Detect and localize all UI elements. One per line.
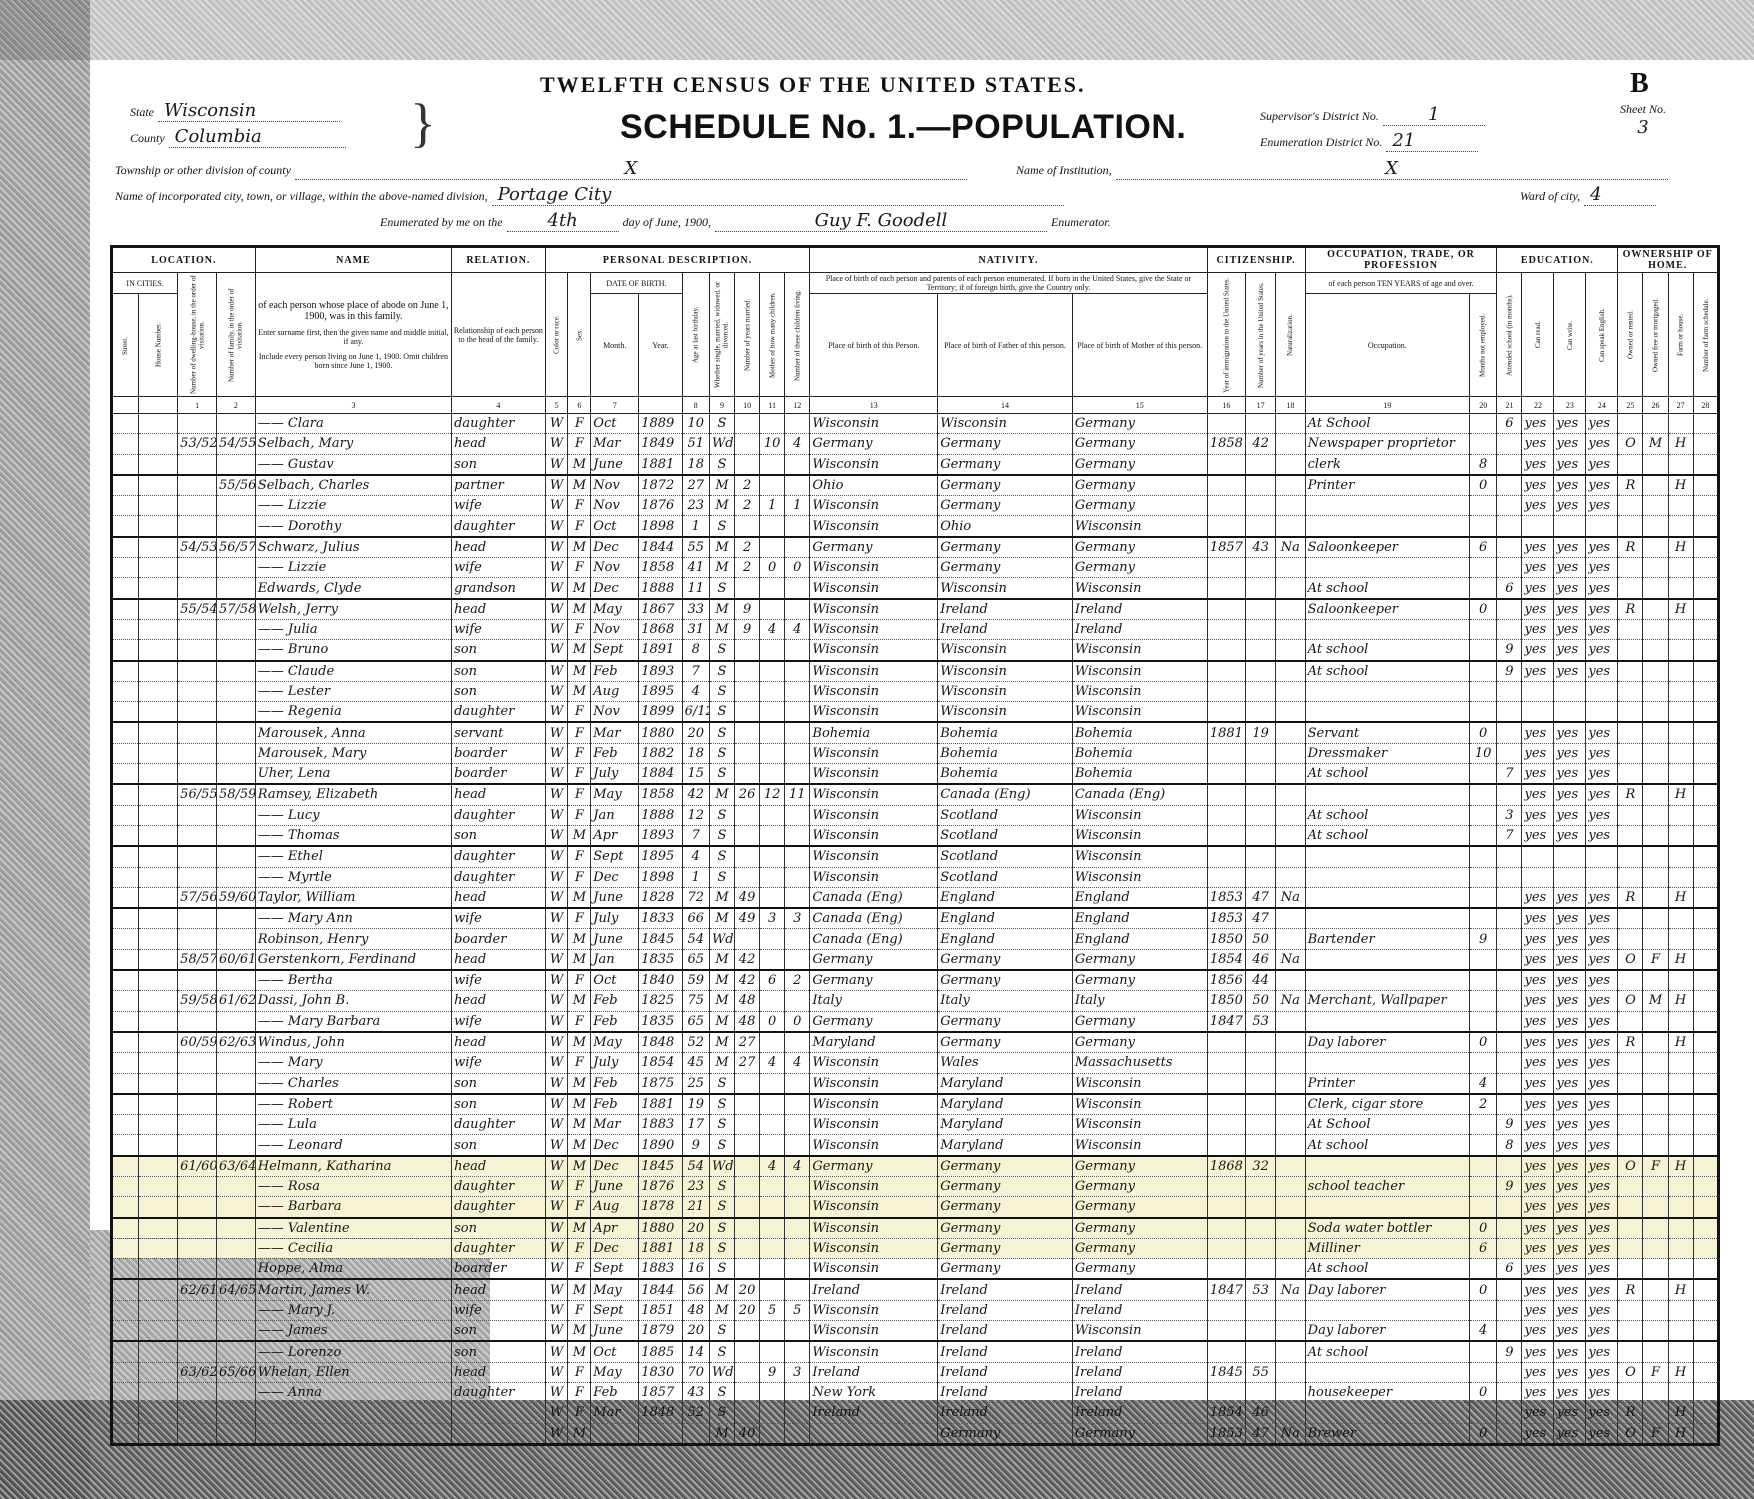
cell-year: 1898 [639,516,682,537]
cell-color: W [545,805,568,825]
cell-nat [1275,640,1305,661]
cell-marital: M [709,1032,734,1053]
cell-relation: daughter [452,1238,546,1258]
cell-house [139,1341,178,1362]
cell-sex: M [568,949,591,970]
cell-marital: M [709,1300,734,1320]
cell-father: Wisconsin [938,414,1073,434]
cell-living [785,825,810,846]
cell-school: 9 [1497,1115,1522,1135]
cell-age: 23 [682,496,709,516]
cell-yrs-married [735,846,760,867]
cell-month: Dec [591,578,639,599]
cell-name: —— Mary Barbara [255,1011,451,1032]
cell-mother: Wisconsin [1072,1094,1207,1115]
cell-children: 10 [760,434,785,454]
cell-name: —— Robert [255,1094,451,1115]
cell-immig: 1881 [1207,722,1246,743]
cell-dwelling [178,1135,217,1156]
cell-month: Feb [591,1073,639,1094]
census-row: 8160/5962/63Windus, JohnheadWMMay184852M… [112,1032,1719,1053]
cell-farm: H [1668,887,1693,908]
cell-write: yes [1554,1135,1586,1156]
census-row: 100WMM40GermanyGermany185347NaBrewer0yes… [112,1423,1719,1444]
cell-occupation [1305,516,1469,537]
cell-write [1554,702,1586,723]
cell-farm [1668,1094,1693,1115]
cell-year: 1844 [639,537,682,558]
cell-farmno [1693,846,1718,867]
cell-month: June [591,929,639,949]
cell-mother: Ireland [1072,619,1207,639]
cell-free: F [1643,1362,1668,1382]
census-row: 53—— GustavsonWMJune188118SWisconsinGerm… [112,454,1719,475]
cell-free [1643,970,1668,991]
cell-sex: F [568,619,591,639]
cell-immig [1207,578,1246,599]
cell-marital: S [709,1197,734,1218]
cell-relation: head [452,537,546,558]
cell-nat [1275,516,1305,537]
column-number: 4 [452,397,546,414]
cell-age: 21 [682,1197,709,1218]
cell-month: Oct [591,414,639,434]
cell-month: Oct [591,970,639,991]
cell-yrs-married: 42 [735,970,760,991]
cell-immig [1207,846,1246,867]
cell-house [139,764,178,785]
cell-family: 61/62 [216,991,255,1011]
cell-immig [1207,805,1246,825]
column-number: 15 [1072,397,1207,414]
cell-street: 84 [112,1094,139,1115]
cell-mother: Ireland [1072,1341,1207,1362]
cell-father: Germany [938,475,1073,496]
cell-name: Taylor, William [255,887,451,908]
cell-immig [1207,1053,1246,1073]
cell-months-unemp: 0 [1469,1423,1496,1444]
cell-nat [1275,1032,1305,1053]
cell-father: Germany [938,454,1073,475]
cell-free [1643,414,1668,434]
column-numbers: 1234567891011121314151617181920212223242… [112,397,1719,414]
cell-family [216,743,255,763]
cell-family [216,1115,255,1135]
cell-occupation [1305,1197,1469,1218]
cell-name: —— Valentine [255,1218,451,1239]
cell-months-unemp [1469,1011,1496,1032]
cell-color: W [545,1423,568,1444]
cell-yrs-married [735,1218,760,1239]
cell-name: —— Claude [255,661,451,682]
cell-own: R [1618,887,1643,908]
cell-father: Germany [938,1218,1073,1239]
cell-father: Germany [938,496,1073,516]
cell-street: 71 [112,825,139,846]
cell-own [1618,970,1643,991]
cell-immig [1207,681,1246,701]
cell-free [1643,1135,1668,1156]
cell-read: yes [1522,475,1554,496]
cell-own: O [1618,991,1643,1011]
cell-own [1618,1238,1643,1258]
cell-relation: son [452,825,546,846]
cell-occupation: Day laborer [1305,1321,1469,1342]
cell-color: W [545,1382,568,1402]
cell-write: yes [1554,1053,1586,1073]
cell-occupation: Bartender [1305,929,1469,949]
cell-children [760,1073,785,1094]
cell-free [1643,1176,1668,1196]
cell-house [139,640,178,661]
cell-farm [1668,1259,1693,1280]
cell-relation: daughter [452,1197,546,1218]
cell-color: W [545,496,568,516]
cell-school [1497,949,1522,970]
cell-yrs-married [735,1135,760,1156]
cell-age: 7 [682,825,709,846]
cell-english: yes [1586,661,1618,682]
cell-english: yes [1586,949,1618,970]
cell-read: yes [1522,496,1554,516]
cell-age: 6/12 [682,702,709,723]
cell-free [1643,661,1668,682]
cell-house [139,1115,178,1135]
cell-family [216,825,255,846]
cell-own: R [1618,1403,1643,1423]
cell-own [1618,1321,1643,1342]
census-row: 85—— LuladaughterWMMar188317SWisconsinMa… [112,1115,1719,1135]
cell-family [216,661,255,682]
cell-family: 62/63 [216,1032,255,1053]
cell-immig [1207,496,1246,516]
cell-write: yes [1554,887,1586,908]
cell-father: Wisconsin [938,702,1073,723]
cell-father: Scotland [938,867,1073,887]
cell-immig: 1857 [1207,537,1246,558]
cell-yrs-married [735,1197,760,1218]
cell-yrs-married [735,1362,760,1382]
enumeration-district-field: Enumeration District No. 21 [1260,130,1478,152]
cell-relation [452,1423,546,1444]
cell-family [216,1094,255,1115]
cell-immig [1207,1073,1246,1094]
cell-yrs-us [1246,640,1276,661]
cell-immig: 1858 [1207,434,1246,454]
cell-own [1618,805,1643,825]
cell-family [216,929,255,949]
cell-own [1618,743,1643,763]
cell-birth: Wisconsin [810,1321,938,1342]
state-value: Wisconsin [158,100,340,122]
cell-name: —— Barbara [255,1197,451,1218]
cell-school [1497,1218,1522,1239]
cell-farm [1668,1382,1693,1402]
cell-year: 1880 [639,1218,682,1239]
cell-street: 58 [112,558,139,578]
cell-relation: grandson [452,578,546,599]
cell-write: yes [1554,454,1586,475]
cell-read: yes [1522,1073,1554,1094]
brace-left: } [410,96,436,150]
cell-father: Maryland [938,1094,1073,1115]
cell-living: 4 [785,1053,810,1073]
cell-farm [1668,846,1693,867]
sheet-letter: B [1630,68,1649,100]
cell-own [1618,825,1643,846]
cell-living [785,991,810,1011]
cell-months-unemp [1469,558,1496,578]
cell-family [216,1259,255,1280]
cell-year: 1888 [639,578,682,599]
cell-street: 92 [112,1259,139,1280]
cell-name: Whelan, Ellen [255,1362,451,1382]
cell-living [785,846,810,867]
cell-nat [1275,1238,1305,1258]
cell-sex: F [568,1238,591,1258]
cell-immig [1207,619,1246,639]
cell-dwelling [178,846,217,867]
cell-dwelling [178,722,217,743]
cell-living [785,1135,810,1156]
cell-nat: Na [1275,537,1305,558]
column-number [139,397,178,414]
cell-yrs-married [735,702,760,723]
cell-month: Jan [591,805,639,825]
cell-living [785,1259,810,1280]
cell-color: W [545,743,568,763]
enumeration-district-value: 21 [1386,130,1478,152]
cell-farm [1668,764,1693,785]
cell-occupation: school teacher [1305,1176,1469,1196]
cell-sex: M [568,1218,591,1239]
cell-year: 1851 [639,1300,682,1320]
cell-english: yes [1586,599,1618,620]
cell-read: yes [1522,1218,1554,1239]
cell-children [760,1341,785,1362]
cell-relation: head [452,599,546,620]
cell-immig: 1856 [1207,970,1246,991]
cell-name: —— Lester [255,681,451,701]
cell-house [139,454,178,475]
census-row: 65—— RegeniadaughterWFNov18996/12SWiscon… [112,702,1719,723]
census-sheet: TWELFTH CENSUS OF THE UNITED STATES. B S… [110,60,1720,1400]
cell-month: Nov [591,702,639,723]
cell-own [1618,661,1643,682]
cell-occupation [1305,887,1469,908]
cell-dwelling: 59/58 [178,991,217,1011]
cell-write: yes [1554,784,1586,805]
cell-occupation: Newspaper proprietor [1305,434,1469,454]
cell-english: yes [1586,1218,1618,1239]
cell-yrs-us [1246,1238,1276,1258]
cell-marital: S [709,1094,734,1115]
cell-street: 67 [112,743,139,763]
cell-read: yes [1522,1094,1554,1115]
cell-dwelling [178,1259,217,1280]
cell-name: Ramsey, Elizabeth [255,784,451,805]
census-row: 6055/5457/58Welsh, JerryheadWMMay186733M… [112,599,1719,620]
cell-nat [1275,764,1305,785]
cell-children [760,722,785,743]
cell-marital: S [709,764,734,785]
cell-family [216,414,255,434]
cell-father: Wisconsin [938,578,1073,599]
cell-birth: Wisconsin [810,414,938,434]
cell-dwelling [178,1300,217,1320]
cell-age: 18 [682,454,709,475]
cell-family [216,1321,255,1342]
cell-age: 9 [682,1135,709,1156]
census-row: 96—— LorenzosonWMOct188514SWisconsinIrel… [112,1341,1719,1362]
cell-marital: S [709,516,734,537]
cell-farmno [1693,887,1718,908]
cell-house [139,970,178,991]
cell-children: 1 [760,496,785,516]
cell-school [1497,722,1522,743]
cell-farmno [1693,1073,1718,1094]
cell-color: W [545,1279,568,1300]
cell-read: yes [1522,1279,1554,1300]
cell-yrs-us: 43 [1246,537,1276,558]
cell-house [139,825,178,846]
cell-dwelling [178,516,217,537]
cell-yrs-us: 47 [1246,908,1276,929]
cell-read: yes [1522,743,1554,763]
cell-house [139,1094,178,1115]
cell-birth: Wisconsin [810,805,938,825]
cell-dwelling [178,1238,217,1258]
cell-months-unemp: 0 [1469,1279,1496,1300]
cell-age: 25 [682,1073,709,1094]
cell-own: R [1618,1279,1643,1300]
cell-school [1497,619,1522,639]
cell-occupation: Brewer [1305,1423,1469,1444]
cell-read [1522,516,1554,537]
cell-year: 1868 [639,619,682,639]
cell-write: yes [1554,1259,1586,1280]
cell-month: Aug [591,681,639,701]
cell-father: Germany [938,1176,1073,1196]
cell-color: W [545,1238,568,1258]
cell-birth: Wisconsin [810,1218,938,1239]
cell-birth: Wisconsin [810,846,938,867]
cell-marital: S [709,702,734,723]
cell-dwelling [178,578,217,599]
cell-yrs-married: 2 [735,475,760,496]
cell-relation: head [452,434,546,454]
cell-english: yes [1586,825,1618,846]
cell-age: 65 [682,949,709,970]
cell-own [1618,1300,1643,1320]
census-row: 5253/5254/55Selbach, MaryheadWFMar184951… [112,434,1719,454]
cell-yrs-us: 50 [1246,991,1276,1011]
cell-age: 20 [682,1218,709,1239]
cell-age: 33 [682,599,709,620]
cell-write: yes [1554,949,1586,970]
cell-month: Jan [591,949,639,970]
cell-write: yes [1554,825,1586,846]
cell-farm [1668,1341,1693,1362]
scan-noise-top [0,0,1754,60]
cell-nat [1275,1197,1305,1218]
cell-marital: S [709,640,734,661]
cell-farmno [1693,681,1718,701]
cell-dwelling: 55/54 [178,599,217,620]
cell-mother: Germany [1072,434,1207,454]
cell-farm [1668,496,1693,516]
cell-father: Ohio [938,516,1073,537]
cell-dwelling [178,805,217,825]
cell-months-unemp [1469,702,1496,723]
cell-color: W [545,454,568,475]
cell-living [785,1321,810,1342]
cell-house [139,887,178,908]
census-row: 86—— LeonardsonWMDec18909SWisconsinMaryl… [112,1135,1719,1156]
cell-month: Mar [591,1115,639,1135]
cell-living [785,1094,810,1115]
cell-free [1643,929,1668,949]
cell-nat [1275,970,1305,991]
cell-write: yes [1554,1115,1586,1135]
cell-birth: Canada (Eng) [810,929,938,949]
cell-farmno [1693,599,1718,620]
census-row: 82—— MarywifeWFJuly185445M2744WisconsinW… [112,1053,1719,1073]
cell-write: yes [1554,1238,1586,1258]
cell-month: Feb [591,661,639,682]
cell-sex: M [568,1341,591,1362]
cell-children: 9 [760,1362,785,1382]
cell-year: 1858 [639,784,682,805]
cell-dwelling [178,1115,217,1135]
county-value: Columbia [169,126,346,148]
cell-english: yes [1586,1135,1618,1156]
cell-yrs-married [735,516,760,537]
cell-street: 68 [112,764,139,785]
cell-dwelling: 60/59 [178,1032,217,1053]
cell-school: 3 [1497,805,1522,825]
cell-read: yes [1522,1156,1554,1177]
cell-living: 4 [785,619,810,639]
cell-farm: H [1668,1279,1693,1300]
cell-year [639,1423,682,1444]
cell-months-unemp: 9 [1469,929,1496,949]
cell-marital: M [709,1279,734,1300]
cell-yrs-married [735,1382,760,1402]
cell-farmno [1693,558,1718,578]
cell-street: 65 [112,702,139,723]
cell-color: W [545,640,568,661]
cell-dwelling [178,558,217,578]
cell-english: yes [1586,1011,1618,1032]
census-row: 66Marousek, AnnaservantWFMar188020SBohem… [112,722,1719,743]
cell-marital: S [709,1259,734,1280]
cell-house [139,991,178,1011]
cell-name: —— Charles [255,1073,451,1094]
cell-yrs-us [1246,578,1276,599]
cell-yrs-married: 20 [735,1300,760,1320]
cell-months-unemp [1469,619,1496,639]
cell-farmno [1693,1403,1718,1423]
cell-mother: Ireland [1072,1382,1207,1402]
cell-children [760,681,785,701]
cell-house [139,1053,178,1073]
census-row: 70—— LucydaughterWFJan188812SWisconsinSc… [112,805,1719,825]
cell-school [1497,454,1522,475]
cell-children [760,1259,785,1280]
cell-living [785,764,810,785]
cell-occupation [1305,846,1469,867]
